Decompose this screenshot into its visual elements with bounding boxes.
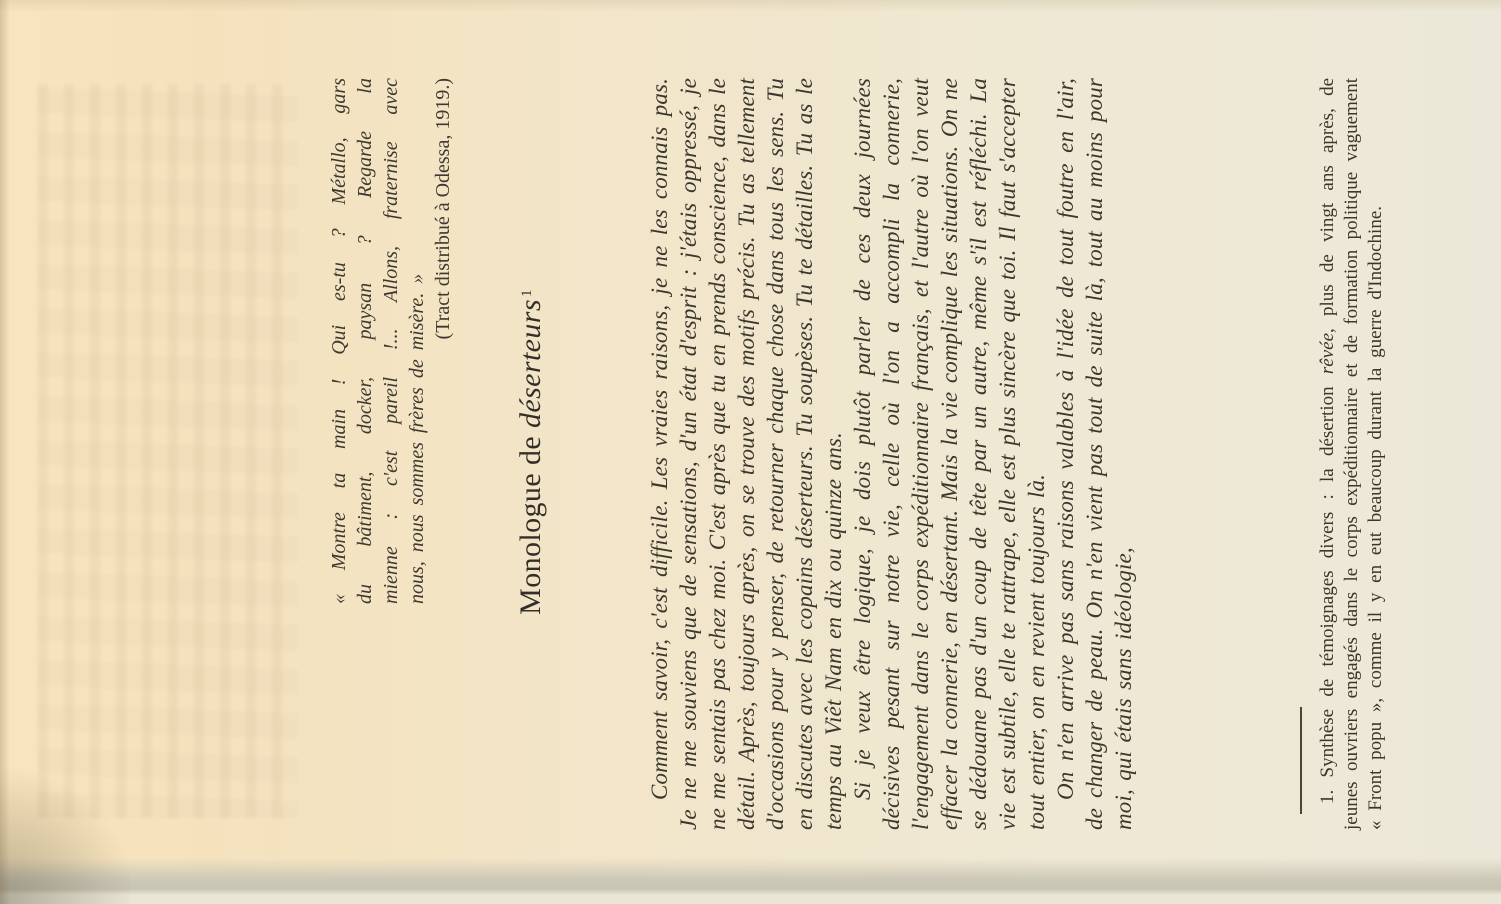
body-text: Comment savoir, c'est difficile. Les vra… xyxy=(645,78,1138,830)
epigraph-line: du bâtiment, docker, paysan ? Regarde la xyxy=(352,78,378,604)
scanned-book-page: « Montre ta main ! Qui es-tu ? Métallo, … xyxy=(0,0,1501,904)
epigraph: « Montre ta main ! Qui es-tu ? Métallo, … xyxy=(326,78,456,604)
chapter-title-emphasis: déserteurs xyxy=(514,299,547,428)
page-corner-shadow xyxy=(0,764,130,904)
body-paragraph: Comment savoir, c'est difficile. Les vra… xyxy=(645,78,848,830)
body-paragraph: Si je veux être logique, je dois plutôt … xyxy=(848,78,1051,830)
chapter-title-lead: Monologue de xyxy=(514,428,547,615)
footnote: 1. Synthèse de témoignages divers : la d… xyxy=(1316,78,1388,830)
epigraph-line: mienne : c'est pareil !... Allons, frate… xyxy=(378,78,404,604)
body-paragraph: On n'en arrive pas sans raisons valables… xyxy=(1051,78,1138,830)
book-page: « Montre ta main ! Qui es-tu ? Métallo, … xyxy=(0,0,1501,904)
ghost-bleedthrough-text xyxy=(38,84,298,818)
page-gutter-shadow xyxy=(0,858,1501,904)
epigraph-line: « Montre ta main ! Qui es-tu ? Métallo, … xyxy=(326,78,352,604)
footnote-ref: 1 xyxy=(519,289,535,297)
epigraph-line: nous, nous sommes frères de misère. » xyxy=(404,78,430,604)
footnote-text: 1. Synthèse de témoignages divers : la d… xyxy=(1317,374,1338,804)
footnote-italic: rêvée xyxy=(1317,333,1338,374)
chapter-title: Monologue de déserteurs1 xyxy=(506,0,552,904)
epigraph-source: (Tract distribué à Odessa, 1919.) xyxy=(430,78,456,604)
footnote-rule xyxy=(1300,707,1302,814)
page-edge-shadow-right xyxy=(0,0,1501,12)
